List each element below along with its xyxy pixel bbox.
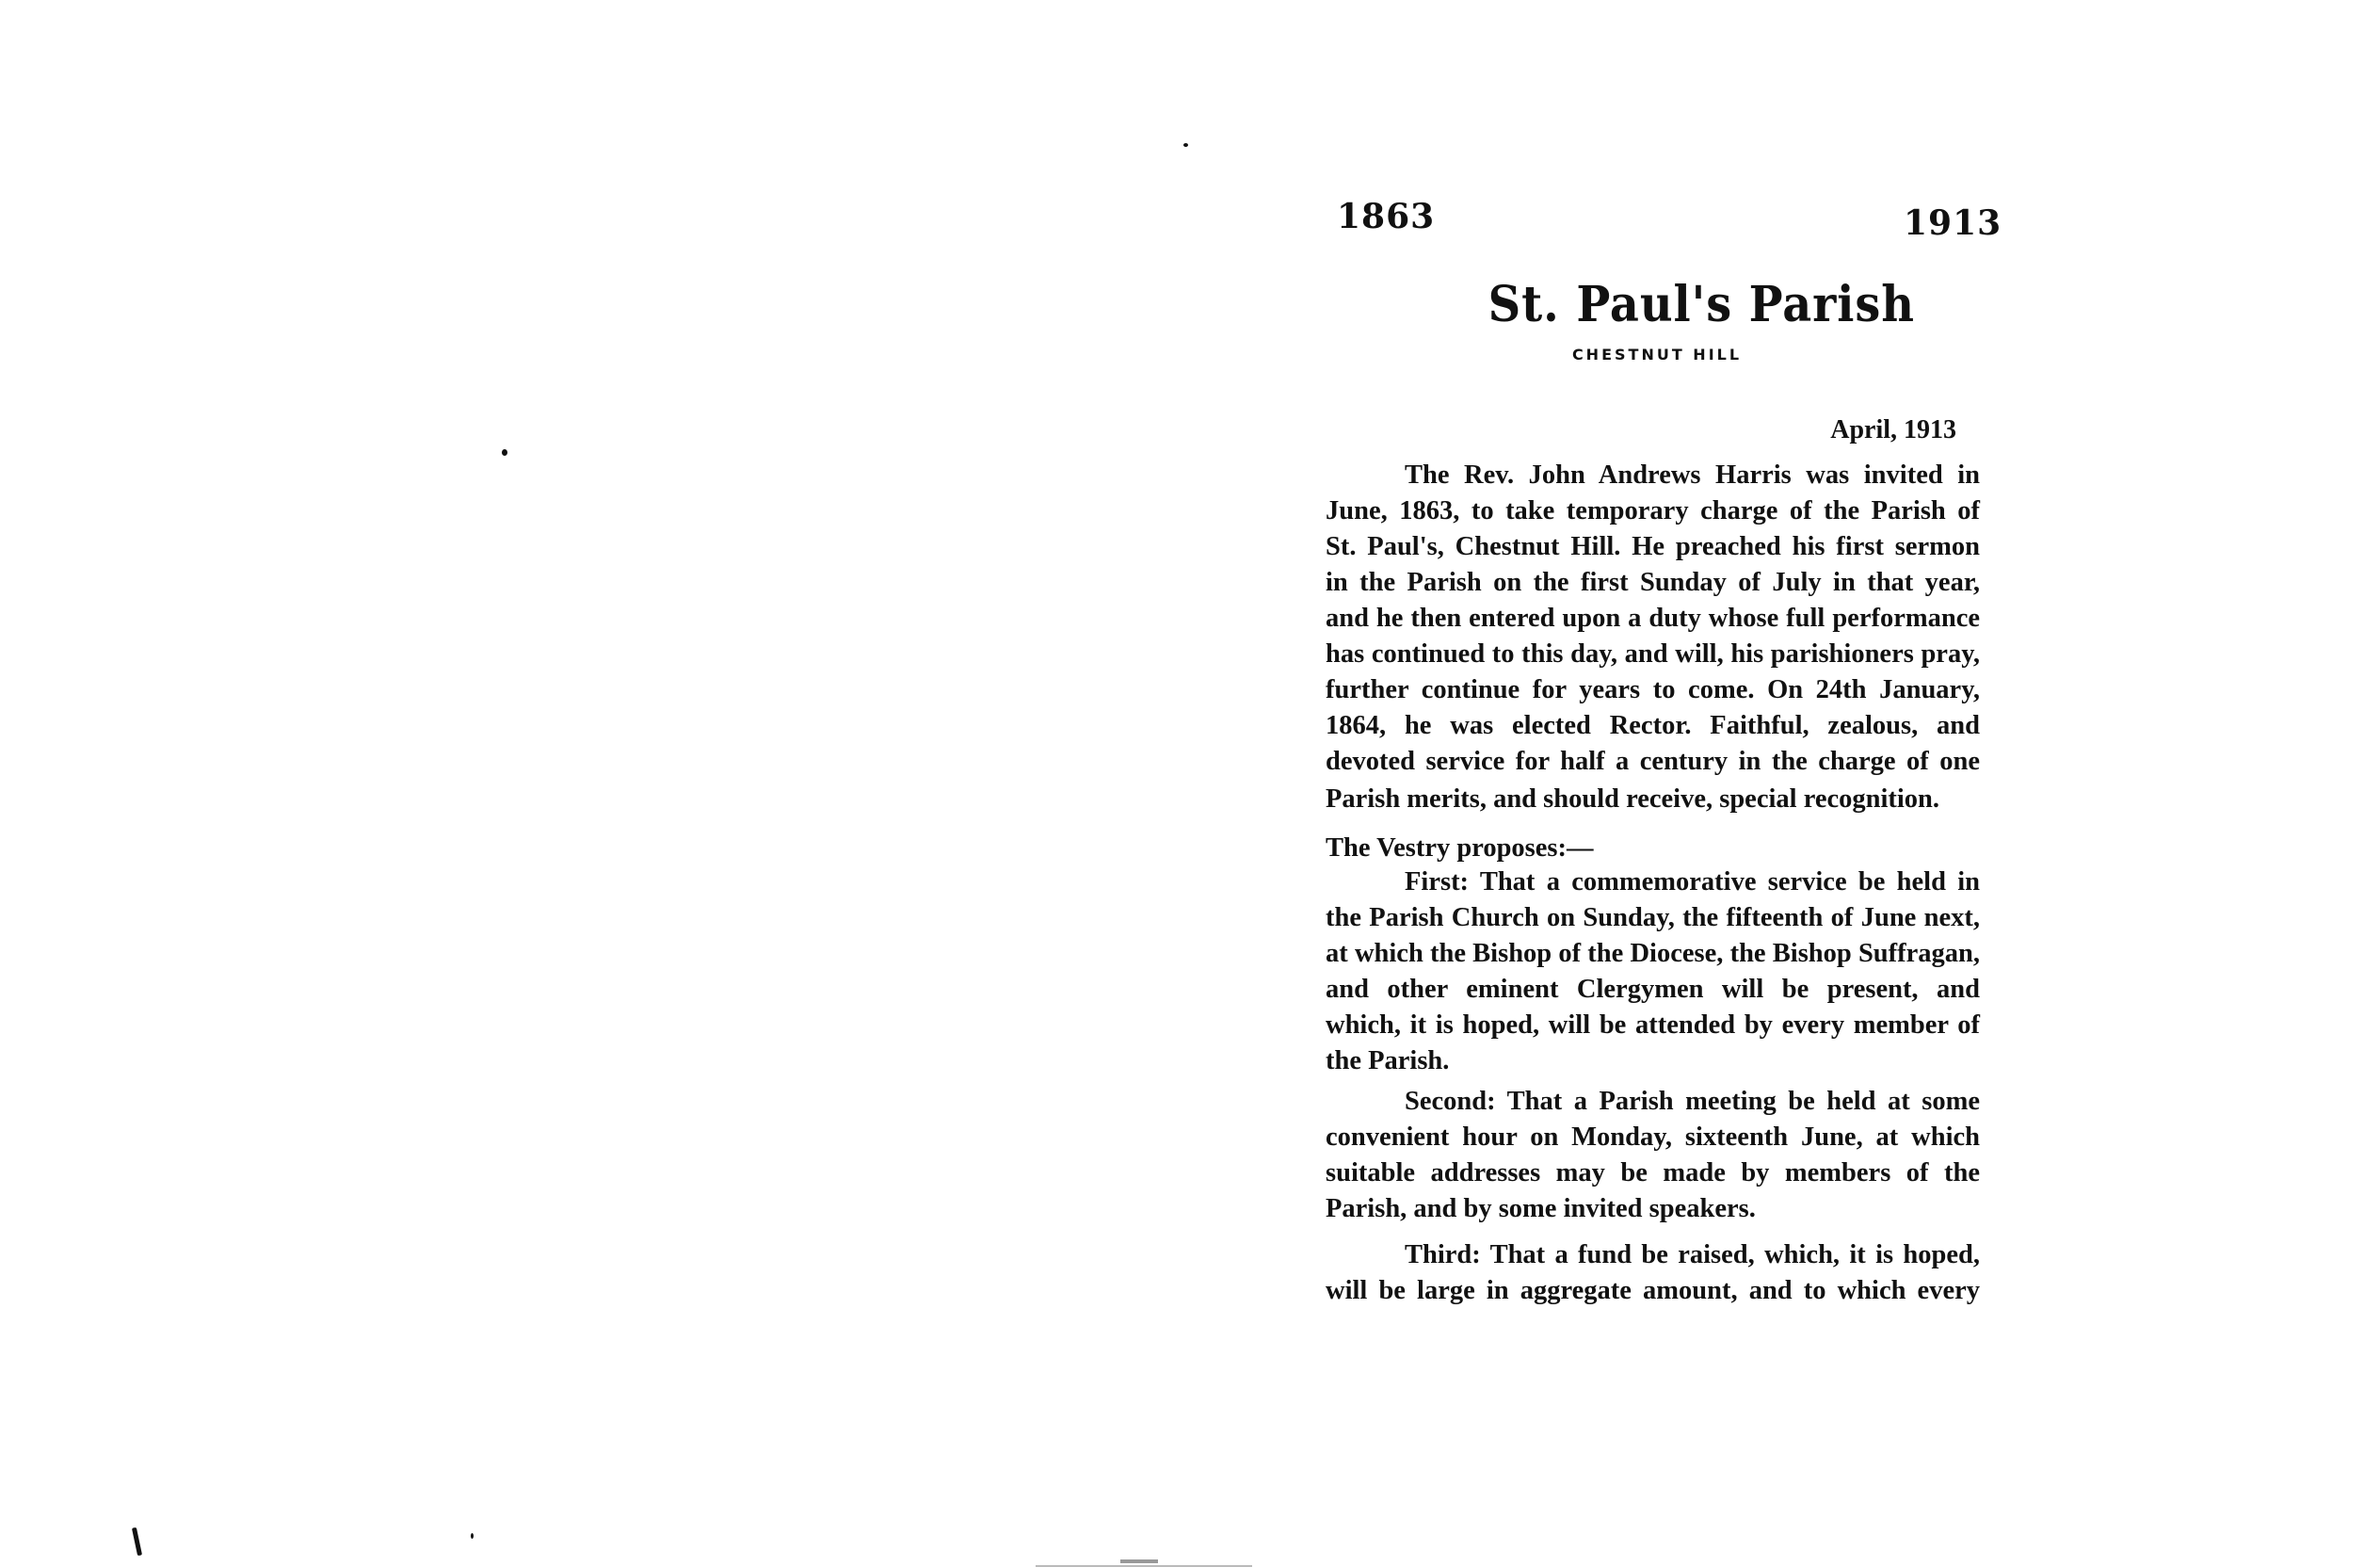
intro-line: has continued to this day, and will, his… <box>1326 640 1980 669</box>
intro-line: The Rev. John Andrews Harris was invited… <box>1405 461 1980 490</box>
proposal-first-line: at which the Bishop of the Diocese, the … <box>1326 940 1980 968</box>
proposal-first-line: the Parish Church on Sunday, the fifteen… <box>1326 904 1980 932</box>
intro-line: June, 1863, to take temporary charge of … <box>1326 497 1980 525</box>
scan-smudge <box>1120 1559 1158 1563</box>
intro-line: devoted service for half a century in th… <box>1326 748 1980 776</box>
proposal-second-line: Parish, and by some invited speakers. <box>1326 1195 1980 1223</box>
vestry-heading: The Vestry proposes:— <box>1326 834 1980 863</box>
proposal-second-line: Second: That a Parish meeting be held at… <box>1405 1088 1980 1116</box>
scan-speck <box>1183 143 1188 147</box>
scan-speck <box>471 1533 474 1539</box>
left-page-blank <box>0 0 1190 1567</box>
intro-line: St. Paul's, Chestnut Hill. He preached h… <box>1326 533 1980 561</box>
scan-speck <box>502 449 507 456</box>
proposal-second-line: suitable addresses may be made by member… <box>1326 1159 1980 1187</box>
intro-line: Parish merits, and should receive, speci… <box>1326 785 1966 814</box>
intro-line: 1864, he was elected Rector. Faithful, z… <box>1326 712 1980 740</box>
proposal-third-line: will be large in aggregate amount, and t… <box>1326 1277 1980 1305</box>
proposal-first-line: and other eminent Clergymen will be pres… <box>1326 976 1980 1004</box>
intro-line: further continue for years to come. On 2… <box>1326 676 1980 704</box>
letter-date: April, 1913 <box>1789 416 1956 444</box>
proposal-first-line: the Parish. <box>1326 1047 1980 1075</box>
page-title: St. Paul's Parish <box>1488 279 1828 331</box>
proposal-first-line: which, it is hoped, will be attended by … <box>1326 1011 1980 1040</box>
intro-line: and he then entered upon a duty whose fu… <box>1326 605 1980 633</box>
intro-line: in the Parish on the first Sunday of Jul… <box>1326 569 1980 597</box>
year-left: 1863 <box>1337 200 1435 234</box>
year-right: 1913 <box>1904 206 2002 240</box>
proposal-first-line: First: That a commemorative service be h… <box>1405 868 1980 897</box>
page-subtitle: CHESTNUT HILL <box>1563 347 1751 363</box>
proposal-third-line: Third: That a fund be raised, which, it … <box>1405 1241 1980 1269</box>
proposal-second-line: convenient hour on Monday, sixteenth Jun… <box>1326 1123 1980 1152</box>
